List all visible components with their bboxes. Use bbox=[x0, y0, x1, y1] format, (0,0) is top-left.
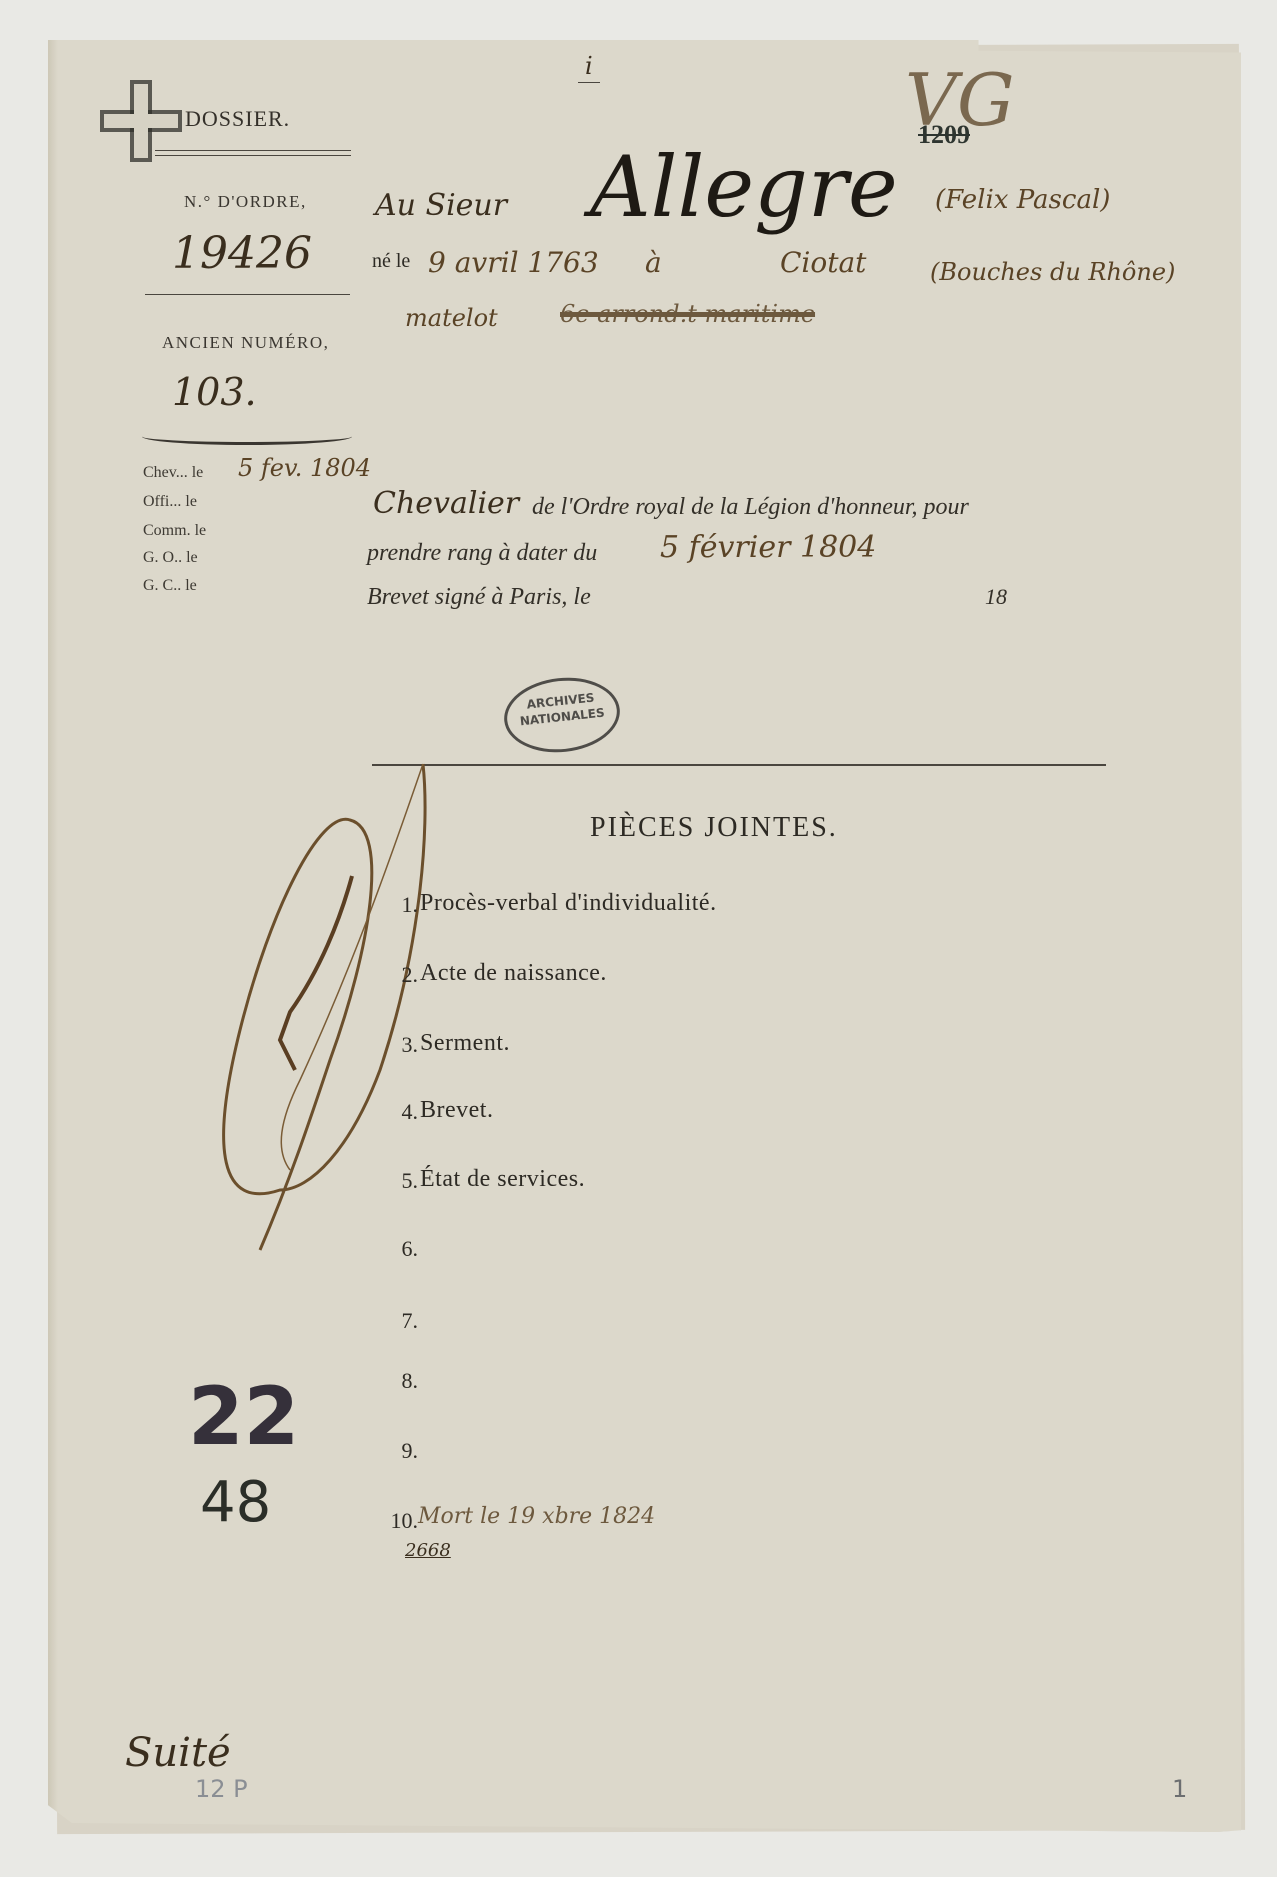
birth-prefix: né le bbox=[372, 250, 410, 273]
cross-stamp-icon bbox=[100, 80, 180, 160]
page-mark-underline bbox=[578, 82, 600, 83]
ancien-value: 103. bbox=[172, 370, 257, 414]
ordre-rule bbox=[145, 294, 350, 295]
ordre-label: N.° D'ORDRE, bbox=[184, 192, 307, 212]
corner-mark: 1 bbox=[1172, 1775, 1187, 1803]
section-divider bbox=[372, 764, 1106, 766]
brace-divider bbox=[142, 428, 352, 445]
death-note-number: 2668 bbox=[405, 1540, 451, 1561]
piece-9-num: 9. bbox=[378, 1438, 418, 1464]
rank-chev-date: 5 fev. 1804 bbox=[238, 454, 371, 482]
struck-arrondissement: 6e arrond.t maritime bbox=[560, 300, 815, 328]
birth-place: Ciotat bbox=[780, 246, 866, 279]
page-mark: i bbox=[585, 52, 593, 80]
addressee-surname: Allegre bbox=[590, 138, 898, 236]
rank-chev-label: Chev... le bbox=[143, 464, 203, 482]
piece-4-num: 4. bbox=[378, 1099, 418, 1125]
ordre-value: 19426 bbox=[172, 228, 312, 279]
piece-3-num: 3. bbox=[378, 1032, 418, 1058]
piece-4-label: Brevet. bbox=[420, 1097, 493, 1124]
rank-comm-label: Comm. le bbox=[143, 522, 206, 540]
struck-number: 1209 bbox=[918, 120, 970, 150]
occupation: matelot bbox=[405, 304, 498, 332]
piece-2-num: 2. bbox=[378, 962, 418, 988]
dossier-rule-1 bbox=[155, 150, 351, 151]
pieces-jointes-title: PIÈCES JOINTES. bbox=[590, 812, 838, 844]
addressee-given-names: (Felix Pascal) bbox=[935, 185, 1110, 215]
birth-date: 9 avril 1763 bbox=[428, 246, 599, 279]
dossier-label: DOSSIER. bbox=[185, 106, 290, 132]
brevet-rank-date: 5 février 1804 bbox=[660, 530, 876, 565]
piece-8-num: 8. bbox=[378, 1368, 418, 1394]
brevet-line3: Brevet signé à Paris, le bbox=[367, 584, 591, 611]
box-number-bottom: 48 bbox=[200, 1470, 271, 1535]
ancien-label: ANCIEN NUMÉRO, bbox=[162, 333, 329, 353]
piece-5-num: 5. bbox=[378, 1168, 418, 1194]
piece-2-label: Acte de naissance. bbox=[420, 960, 607, 987]
box-number-top: 22 bbox=[188, 1370, 299, 1463]
rank-offi-label: Offi... le bbox=[143, 493, 197, 511]
rank-go-label: G. O.. le bbox=[143, 549, 198, 567]
addressee-prefix: Au Sieur bbox=[375, 188, 507, 223]
brevet-line1: de l'Ordre royal de la Légion d'honneur,… bbox=[532, 494, 969, 521]
piece-1-num: 1. bbox=[378, 892, 418, 918]
brevet-year-prefix: 18 bbox=[985, 584, 1007, 610]
piece-10-num: 10. bbox=[378, 1508, 418, 1534]
paraph-flourish-icon bbox=[180, 750, 460, 1330]
dossier-rule-2 bbox=[155, 155, 351, 156]
piece-3-label: Serment. bbox=[420, 1030, 510, 1057]
piece-10-death-note: Mort le 19 xbre 1824 bbox=[418, 1504, 655, 1529]
piece-7-num: 7. bbox=[378, 1308, 418, 1334]
brevet-grade: Chevalier bbox=[373, 486, 519, 521]
birth-place-prefix: à bbox=[645, 246, 662, 279]
department: (Bouches du Rhône) bbox=[930, 258, 1175, 286]
rank-gc-label: G. C.. le bbox=[143, 577, 197, 595]
footer-signature: Suité bbox=[125, 1730, 231, 1776]
pencil-reference: 12 P bbox=[195, 1775, 248, 1803]
piece-5-label: État de services. bbox=[420, 1166, 585, 1193]
piece-1-label: Procès-verbal d'individualité. bbox=[420, 890, 717, 917]
piece-6-num: 6. bbox=[378, 1236, 418, 1262]
brevet-line2: prendre rang à dater du bbox=[367, 540, 597, 567]
